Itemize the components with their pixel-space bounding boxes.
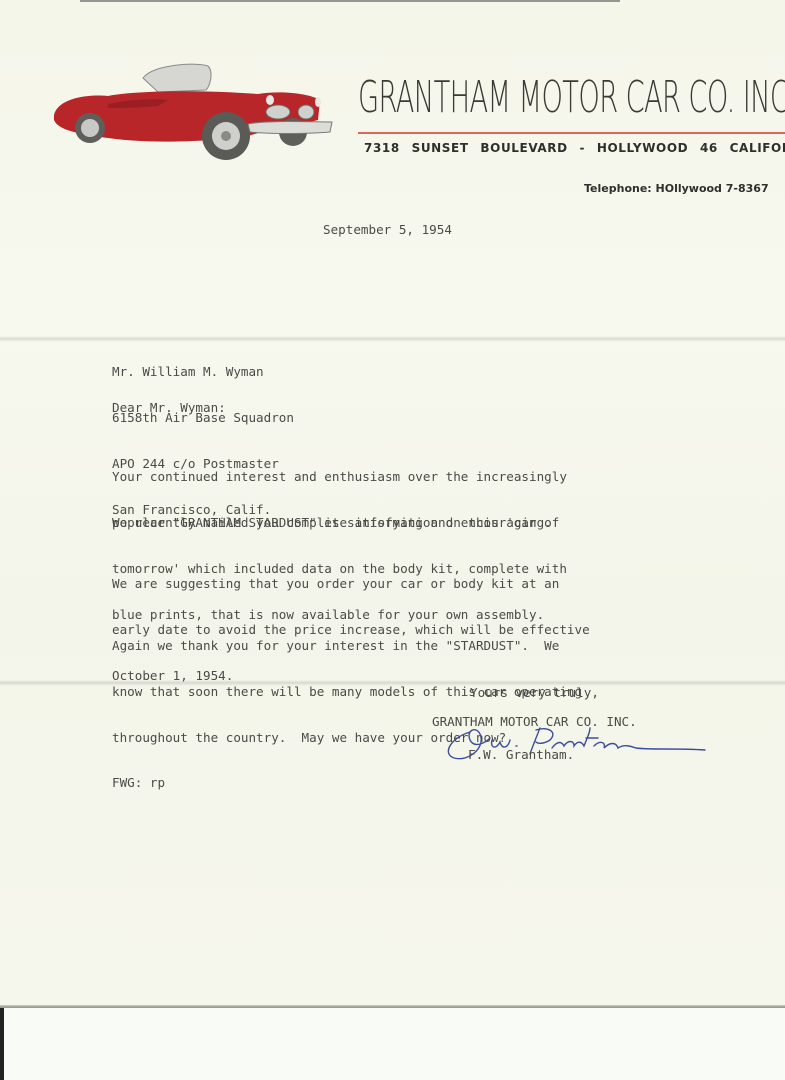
paragraph-line: Again we thank you for your interest in … — [112, 638, 582, 653]
letter-page: GRANTHAM MOTOR CAR CO. INC. 7318 SUNSET … — [0, 0, 785, 1008]
paragraph-line: We are suggesting that you order your ca… — [112, 576, 590, 591]
red-convertible-car-icon — [48, 60, 338, 165]
reference-initials: FWG: rp — [112, 775, 165, 790]
scan-background — [4, 1008, 785, 1080]
complimentary-close: Yours very truly, — [470, 685, 599, 700]
paragraph-line: Your continued interest and enthusiasm o… — [112, 469, 567, 484]
page-top-edge — [80, 0, 620, 2]
salutation: Dear Mr. Wyman: — [112, 400, 226, 415]
company-address: 7318 SUNSET BOULEVARD - HOLLYWOOD 46 CAL… — [364, 141, 785, 155]
paragraph-line: We recently mailed you complete informat… — [112, 515, 567, 530]
letter-date: September 5, 1954 — [323, 222, 452, 237]
company-telephone: Telephone: HOllywood 7-8367 — [584, 182, 769, 195]
letterhead-rule — [358, 132, 785, 134]
recipient-line: Mr. William M. Wyman — [112, 364, 294, 379]
signatory-name: F.W. Grantham. — [468, 747, 574, 762]
company-name: GRANTHAM MOTOR CAR CO. INC. — [358, 76, 785, 120]
